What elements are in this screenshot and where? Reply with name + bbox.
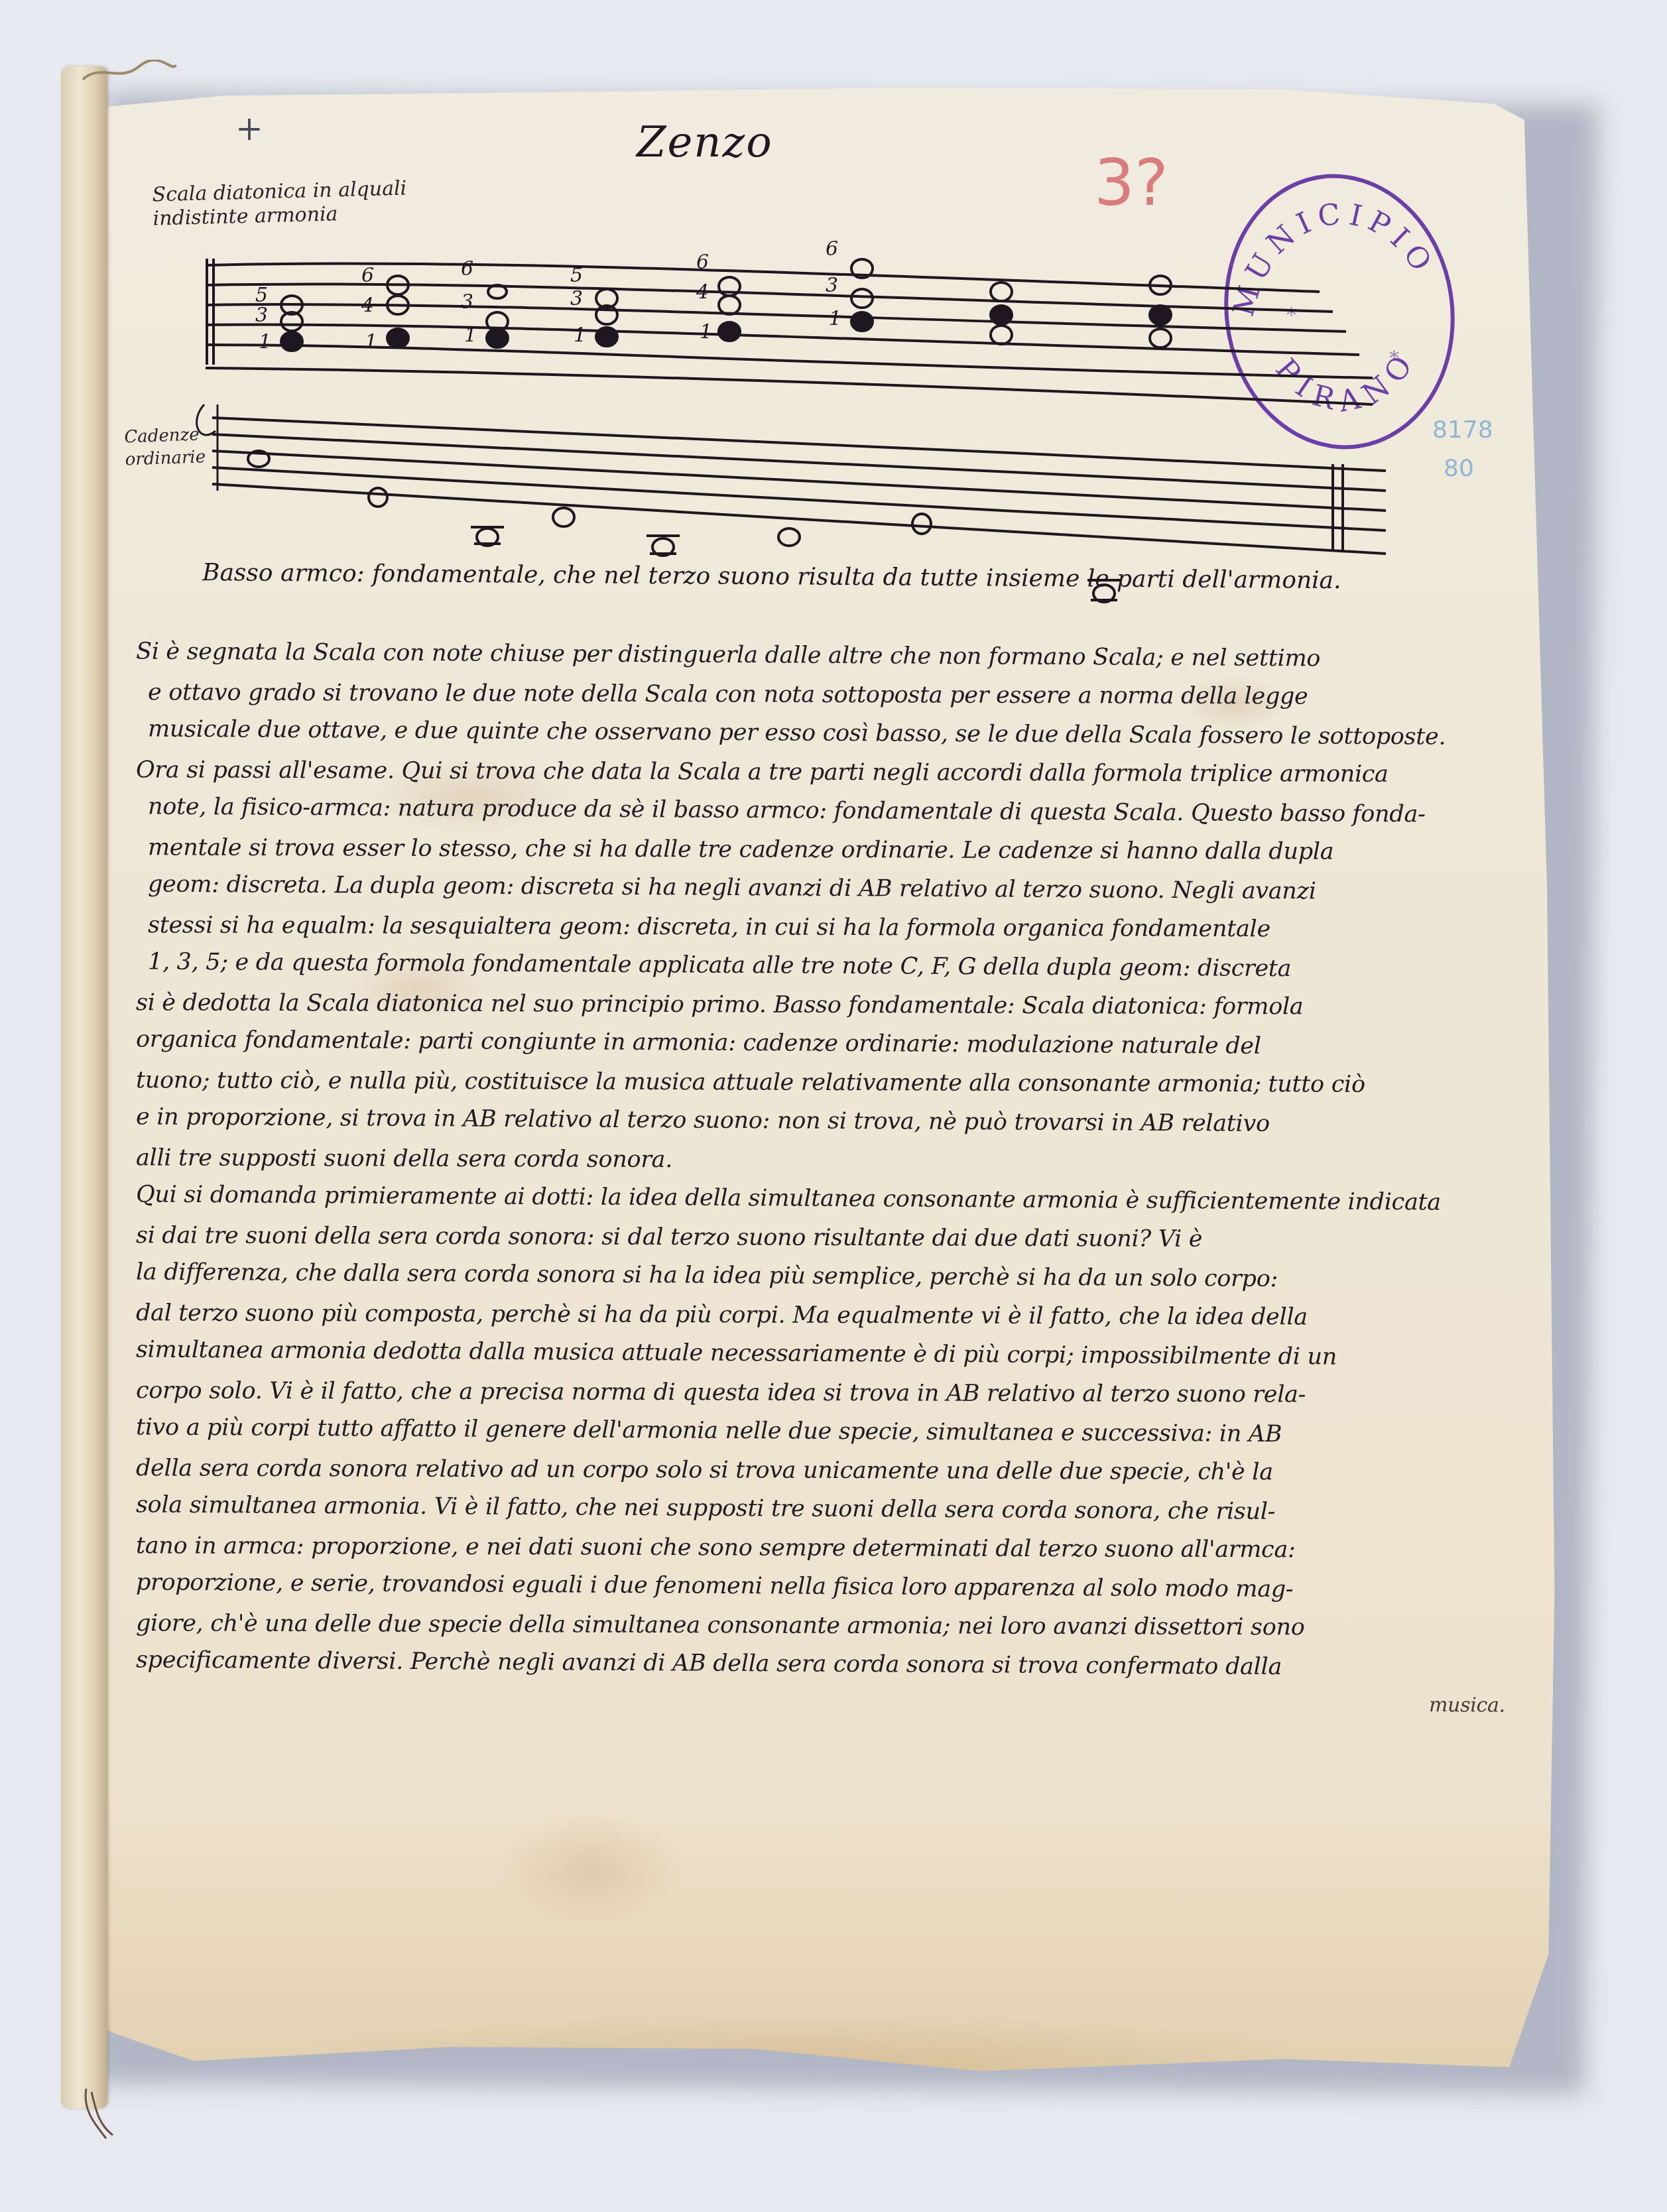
text-line: Ora si passi all'esame. Qui si trova che… xyxy=(136,751,1548,794)
text-line: geom: discreta. La dupla geom: discreta … xyxy=(136,865,1548,912)
spine-binding xyxy=(61,66,107,2109)
svg-text:3: 3 xyxy=(461,290,473,314)
text-line: specificamente diversi. Perchè negli ava… xyxy=(136,1640,1548,1688)
text-line: sola simultanea armonia. Vi è il fatto, … xyxy=(136,1485,1548,1533)
text-line: e in proporzione, si trova in AB relativ… xyxy=(136,1097,1548,1145)
blue-pencil-line: 8178 xyxy=(1432,411,1485,450)
text-line: e ottavo grado si trovano le due note de… xyxy=(136,673,1548,717)
text-line: proporzione, e serie, trovandosi eguali … xyxy=(136,1563,1548,1611)
text-line: si dai tre suoni della sera corda sonora… xyxy=(136,1216,1548,1260)
binding-thread-icon xyxy=(80,60,179,86)
svg-text:3: 3 xyxy=(255,304,268,327)
cross-mark: + xyxy=(235,109,263,148)
text-line: stessi si ha equalm: la sesquialtera geo… xyxy=(136,906,1548,950)
svg-text:6: 6 xyxy=(361,264,374,287)
text-line: tano in armca: proporzione, e nei dati s… xyxy=(136,1526,1548,1570)
text-line: la differenza, che dalla sera corda sono… xyxy=(136,1253,1548,1300)
blue-pencil-note: 8178 80 xyxy=(1432,411,1485,488)
svg-text:3: 3 xyxy=(826,274,838,297)
red-pencil-mark: 3? xyxy=(1094,146,1168,220)
text-line: organica fondamentale: parti congiunte i… xyxy=(136,1020,1548,1068)
svg-text:1: 1 xyxy=(700,320,712,343)
text-line: si è dedotta la Scala diatonica nel suo … xyxy=(136,983,1548,1027)
text-line: della sera corda sonora relativo ad un c… xyxy=(136,1449,1548,1493)
lower-staff xyxy=(197,404,1386,554)
svg-text:6: 6 xyxy=(826,237,838,261)
text-line: musica. xyxy=(136,1682,1548,1725)
text-line: 1, 3, 5; e da questa formola fondamental… xyxy=(136,942,1548,990)
upper-staff-label: Scala diatonica in alquali indistinte ar… xyxy=(152,174,485,231)
blue-pencil-line: 80 xyxy=(1432,450,1485,488)
text-line: Qui si domanda primieramente ai dotti: l… xyxy=(136,1175,1548,1223)
text-line: note, la fisico-armca: natura produce da… xyxy=(136,787,1548,835)
svg-text:6: 6 xyxy=(461,257,473,280)
text-line: giore, ch'è una delle due specie della s… xyxy=(136,1604,1548,1648)
text-line: dal terzo suono più composta, perchè si … xyxy=(136,1294,1548,1337)
text-line: tuono; tutto ciò, e nulla più, costituis… xyxy=(136,1061,1548,1105)
manuscript-body: Si è segnata la Scala con note chiuse pe… xyxy=(136,637,1548,1723)
text-line: corpo solo. Vi è il fatto, che a precisa… xyxy=(136,1371,1548,1415)
page-title: Zenzo xyxy=(637,118,773,167)
svg-text:3: 3 xyxy=(570,287,583,310)
text-line: simultanea armonia dedotta dalla musica … xyxy=(136,1330,1548,1378)
text-line: tivo a più corpi tutto affatto il genere… xyxy=(136,1408,1548,1455)
svg-text:5: 5 xyxy=(570,264,583,287)
svg-text:1: 1 xyxy=(464,324,477,347)
text-line: musicale due ottave, e due quinte che os… xyxy=(136,709,1548,757)
text-line: mentale si trova esser lo stesso, che si… xyxy=(136,828,1548,872)
svg-text:4: 4 xyxy=(361,294,374,317)
svg-text:4: 4 xyxy=(696,280,709,304)
upper-staff xyxy=(206,259,1373,404)
svg-text:1: 1 xyxy=(574,324,586,347)
text-line: alli tre supposti suoni della sera corda… xyxy=(136,1138,1548,1182)
binding-thread-icon xyxy=(80,2089,119,2142)
music-staves: 531 641 631 531 641 631 xyxy=(192,232,1419,603)
svg-text:1: 1 xyxy=(829,307,841,330)
svg-text:6: 6 xyxy=(696,251,709,274)
svg-text:1: 1 xyxy=(365,330,377,353)
svg-text:1: 1 xyxy=(259,330,271,353)
text-line: Si è segnata la Scala con note chiuse pe… xyxy=(136,632,1548,680)
